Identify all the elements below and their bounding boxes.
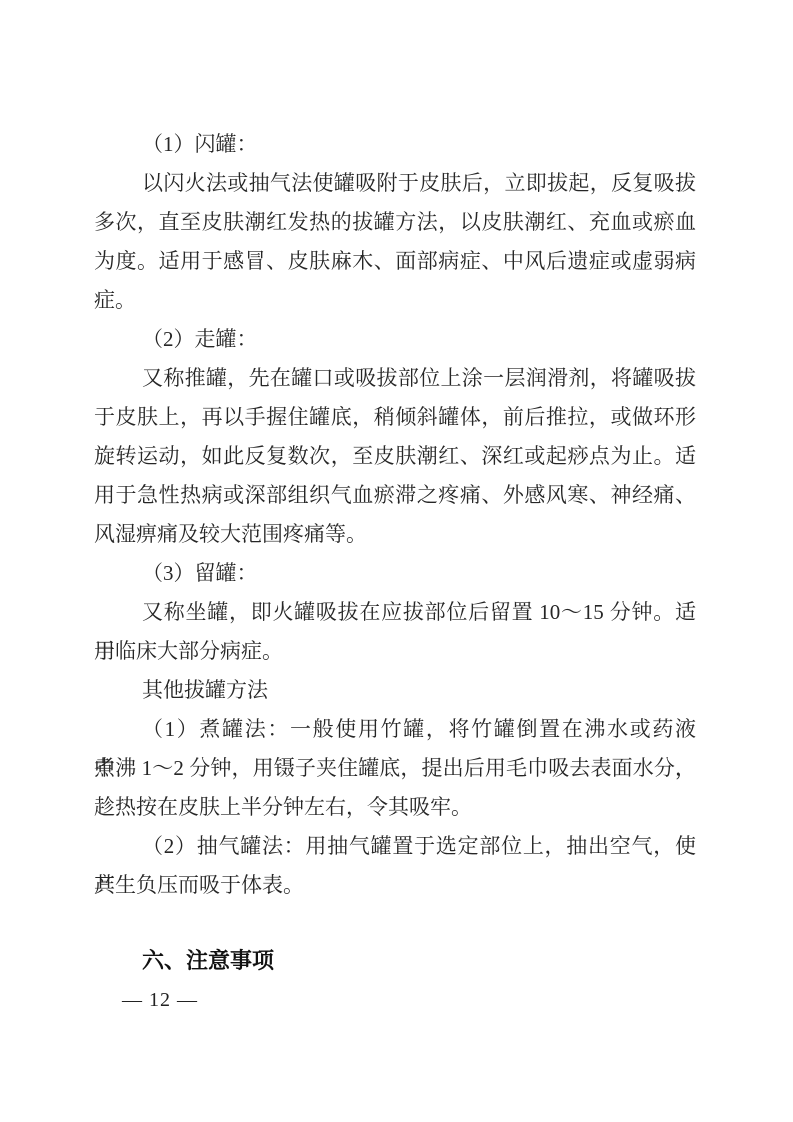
document-page: （1）闪罐：以闪火法或抽气法使罐吸附于皮肤后，立即拔起，反复吸拔多次，直至皮肤潮… bbox=[0, 0, 793, 1122]
section-heading: 六、注意事项 bbox=[94, 941, 696, 981]
text-line: （2）抽气罐法：用抽气罐置于选定部位上，抽出空气，使其 bbox=[94, 827, 696, 866]
paragraph: 又称坐罐，即火罐吸拔在应拔部位后留置 10～15 分钟。适用于临床大部分病症。 bbox=[94, 593, 696, 671]
text-line: 用于急性热病或深部组织气血瘀滞之疼痛、外感风寒、神经痛、 bbox=[94, 476, 696, 515]
text-line: （3）留罐： bbox=[94, 554, 696, 593]
text-line: 其他拔罐方法 bbox=[94, 671, 696, 710]
paragraph: （1）闪罐： bbox=[94, 125, 696, 164]
page-number: — 12 — bbox=[122, 985, 696, 1015]
text-line: 症。 bbox=[94, 281, 696, 320]
text-line: 于皮肤上，再以手握住罐底，稍倾斜罐体，前后推拉，或做环形 bbox=[94, 398, 696, 437]
text-line: （1）闪罐： bbox=[94, 125, 696, 164]
text-line: 风湿痹痛及较大范围疼痛等。 bbox=[94, 515, 696, 554]
text-line: 为度。适用于感冒、皮肤麻木、面部病症、中风后遗症或虚弱病 bbox=[94, 242, 696, 281]
text-line: （1）煮罐法：一般使用竹罐，将竹罐倒置在沸水或药液中， bbox=[94, 710, 696, 749]
paragraph: （1）煮罐法：一般使用竹罐，将竹罐倒置在沸水或药液中，煮沸 1～2 分钟，用镊子… bbox=[94, 710, 696, 827]
paragraph: 又称推罐，先在罐口或吸拔部位上涂一层润滑剂，将罐吸拔于皮肤上，再以手握住罐底，稍… bbox=[94, 359, 696, 554]
document-body: （1）闪罐：以闪火法或抽气法使罐吸附于皮肤后，立即拔起，反复吸拔多次，直至皮肤潮… bbox=[94, 125, 696, 1015]
paragraph: （2）走罐： bbox=[94, 320, 696, 359]
text-line: 趁热按在皮肤上半分钟左右，令其吸牢。 bbox=[94, 788, 696, 827]
text-line: 多次，直至皮肤潮红发热的拔罐方法，以皮肤潮红、充血或瘀血 bbox=[94, 203, 696, 242]
text-line: 旋转运动，如此反复数次，至皮肤潮红、深红或起痧点为止。适 bbox=[94, 437, 696, 476]
paragraph: 以闪火法或抽气法使罐吸附于皮肤后，立即拔起，反复吸拔多次，直至皮肤潮红发热的拔罐… bbox=[94, 164, 696, 320]
text-line: （2）走罐： bbox=[94, 320, 696, 359]
paragraph-container: （1）闪罐：以闪火法或抽气法使罐吸附于皮肤后，立即拔起，反复吸拔多次，直至皮肤潮… bbox=[94, 125, 696, 905]
text-line: 产生负压而吸于体表。 bbox=[94, 866, 696, 905]
text-line: 以闪火法或抽气法使罐吸附于皮肤后，立即拔起，反复吸拔 bbox=[94, 164, 696, 203]
text-line: 又称坐罐，即火罐吸拔在应拔部位后留置 10～15 分钟。适用 bbox=[94, 593, 696, 632]
paragraph: 其他拔罐方法 bbox=[94, 671, 696, 710]
text-line: 又称推罐，先在罐口或吸拔部位上涂一层润滑剂，将罐吸拔 bbox=[94, 359, 696, 398]
paragraph: （3）留罐： bbox=[94, 554, 696, 593]
text-line: 煮沸 1～2 分钟，用镊子夹住罐底，提出后用毛巾吸去表面水分， bbox=[94, 749, 696, 788]
paragraph: （2）抽气罐法：用抽气罐置于选定部位上，抽出空气，使其产生负压而吸于体表。 bbox=[94, 827, 696, 905]
text-line: 于临床大部分病症。 bbox=[94, 632, 696, 671]
